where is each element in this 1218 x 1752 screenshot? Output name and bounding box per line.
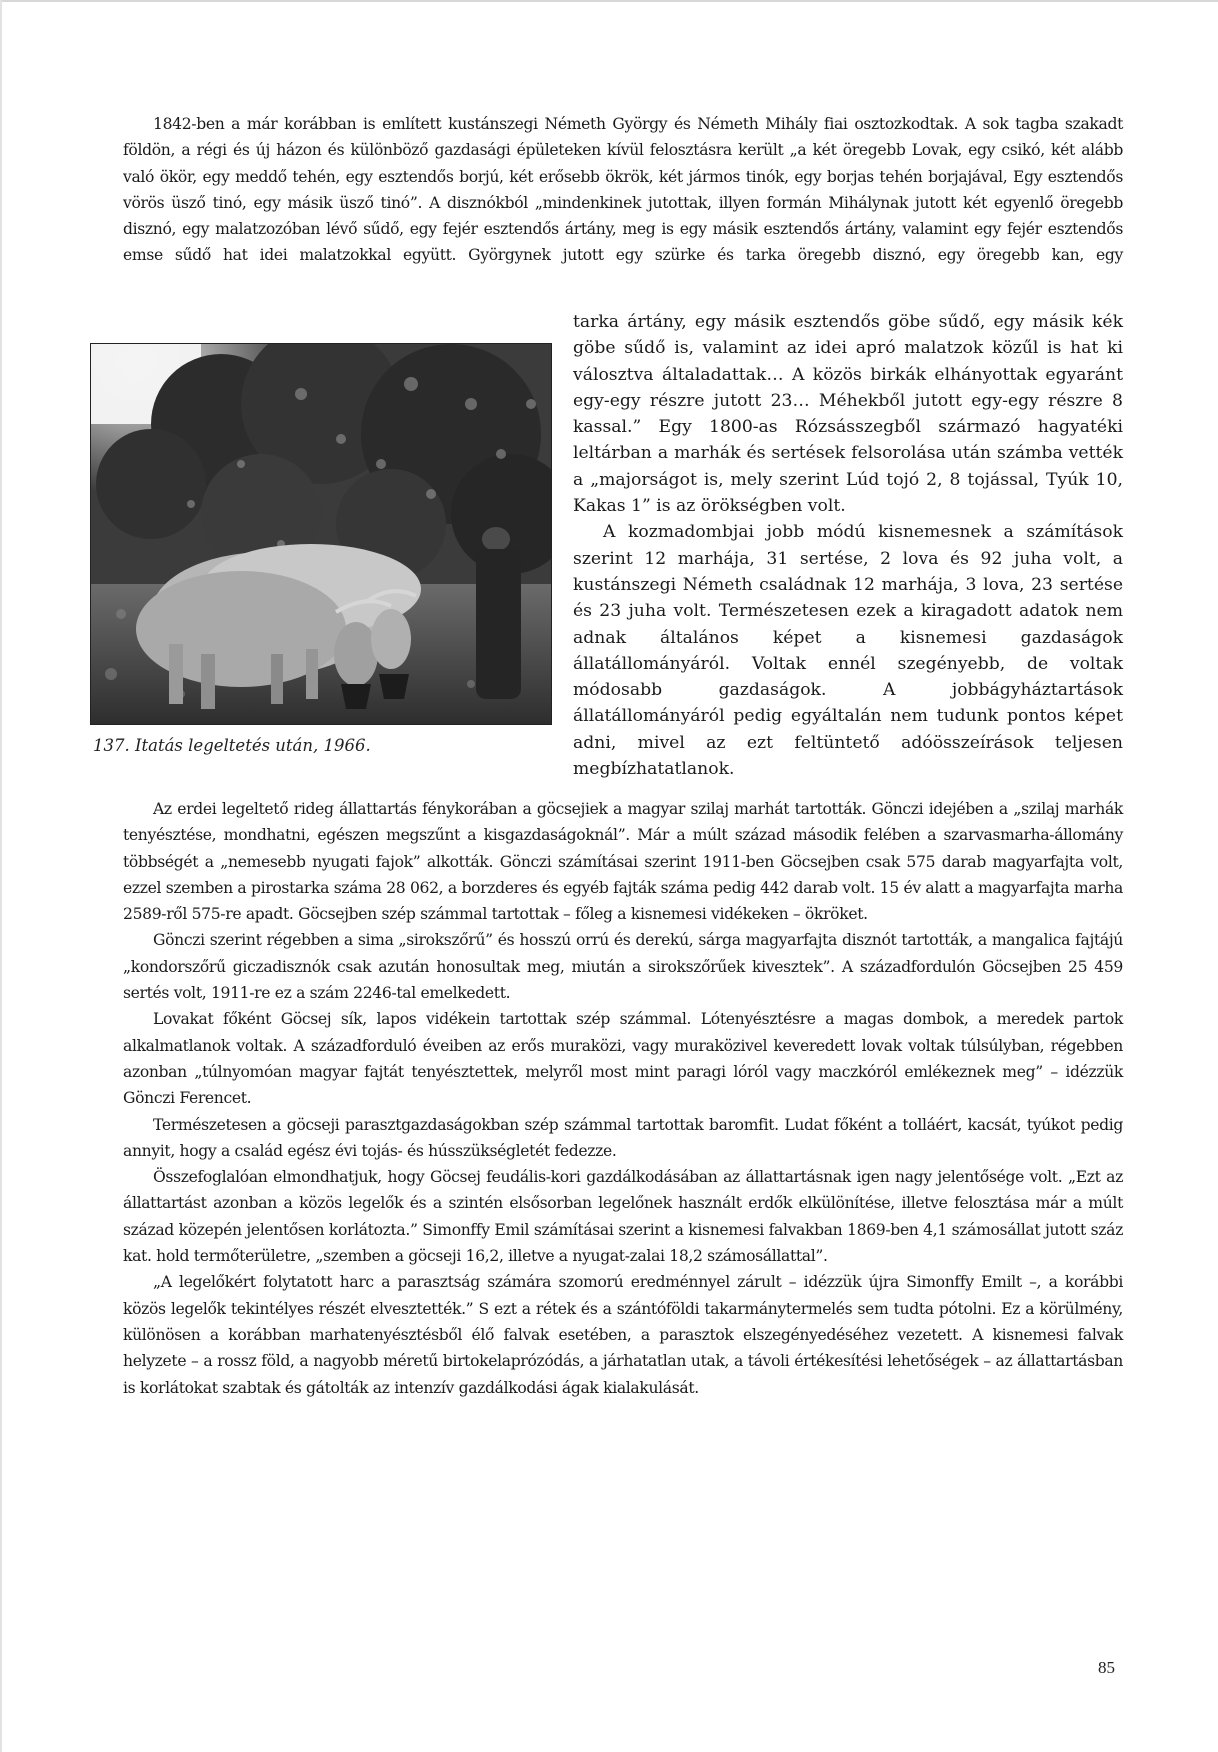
page-edge-top <box>0 0 1218 2</box>
paragraph-pig-breeds: Gönczi szerint régebben a sima „siroksző… <box>123 927 1123 1006</box>
page-edge-left <box>0 0 2 1752</box>
paragraph-poultry: Természetesen a göcseji parasztgazdaságo… <box>123 1112 1123 1165</box>
cattle-photo-image <box>91 344 551 724</box>
figure-photo-cattle-drinking <box>90 343 552 725</box>
page-number: 85 <box>1098 1658 1115 1678</box>
paragraph-horses: Lovakat főként Göcsej sík, lapos vidékei… <box>123 1006 1123 1111</box>
paragraph-inheritance-division: 1842-ben a már korábban is említett kust… <box>123 111 1123 269</box>
opening-paragraph-block: 1842-ben a már korábban is említett kust… <box>123 111 1123 269</box>
paragraph-inheritance-continued: tarka ártány, egy másik esztendős göbe s… <box>573 309 1123 519</box>
paragraph-cattle-breeds: Az erdei legeltető rideg állattartás fén… <box>123 796 1123 927</box>
lower-body-text-block: Az erdei legeltető rideg állattartás fén… <box>123 796 1123 1401</box>
paragraph-pasture-struggle: „A legelőkért folytatott harc a paraszts… <box>123 1269 1123 1400</box>
figure-caption: 137. Itatás legeltetés után, 1966. <box>93 736 371 755</box>
paragraph-summary-feudal: Összefoglalóan elmondhatjuk, hogy Göcsej… <box>123 1164 1123 1269</box>
paragraph-livestock-counts: A kozmadombjai jobb módú kisnemesnek a s… <box>573 519 1123 782</box>
side-column-block: tarka ártány, egy másik esztendős göbe s… <box>573 309 1123 782</box>
